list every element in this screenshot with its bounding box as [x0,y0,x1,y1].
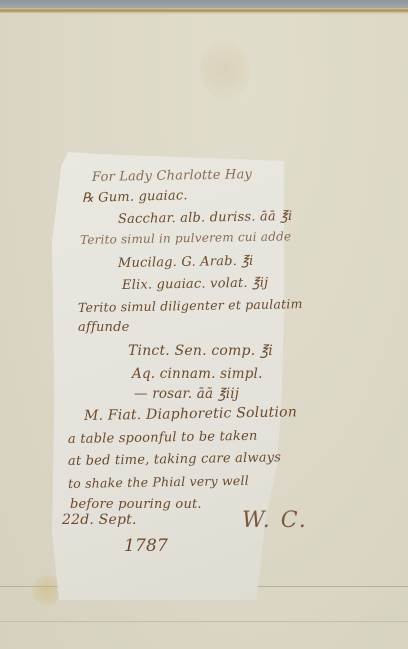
fold-line [0,621,408,622]
prescription-line: — rosar. āā ℥iij [134,386,239,402]
paper-stain [200,40,250,100]
scanner-background-strip [0,0,408,8]
prescription-line: Aq. cinnam. simpl. [132,366,263,382]
prescription-line: ℞ Gum. guaiac. [82,188,188,206]
prescription-line: Elix. guaiac. volat. ℥ij [122,275,269,293]
prescription-line: Tinct. Sen. comp. ℥i [128,343,273,359]
recipient-line: For Lady Charlotte Hay [92,167,252,185]
prescription-line: Mucilag. G. Arab. ℥i [118,254,254,271]
signature-initials: W. C. [242,508,308,533]
date-year: 1787 [124,536,168,556]
prescription-line: affunde [78,320,130,335]
page-top-edge [0,8,408,15]
prescription-line: before pouring out. [70,497,202,512]
date-day-month: 22d. Sept. [62,512,137,528]
prescription-line: to shake the Phial very well [68,473,249,491]
prescription-line: Sacchar. alb. duriss. āā ℥i [118,209,293,227]
